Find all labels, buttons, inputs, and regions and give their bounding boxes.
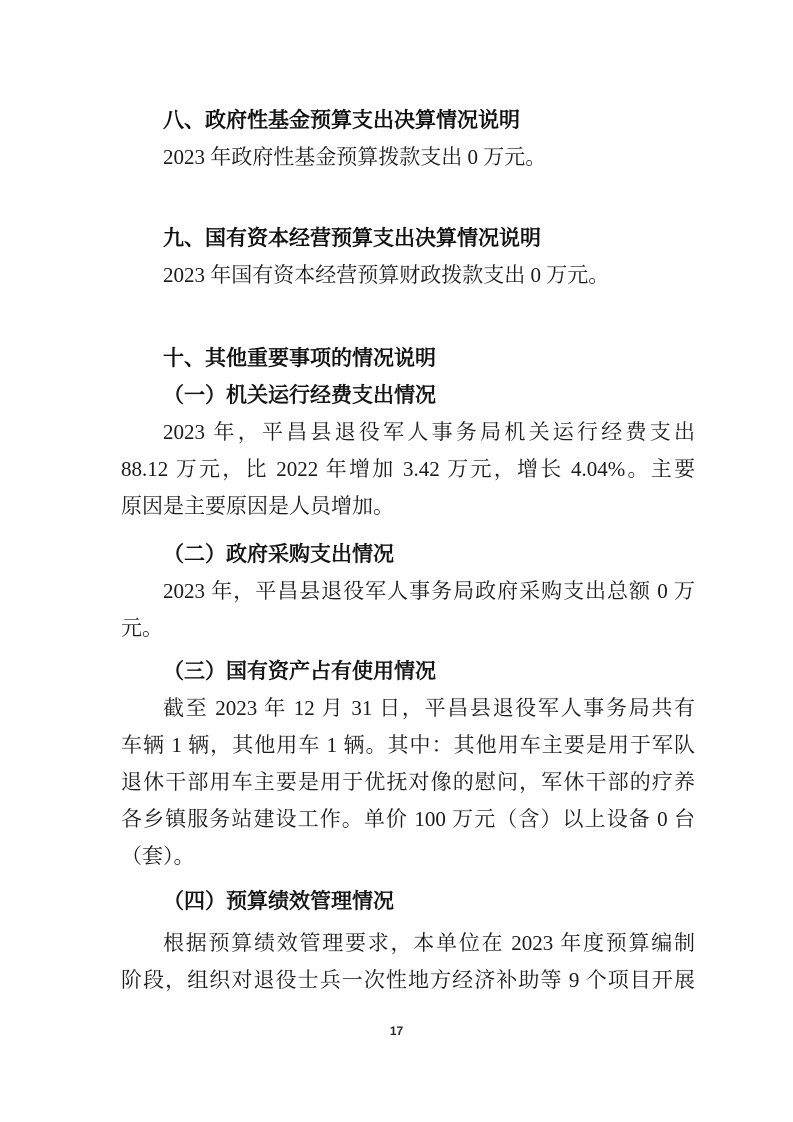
section-heading-9: 九、国有资本经营预算支出决算情况说明	[121, 220, 695, 257]
subsection-heading-1: （一）机关运行经费支出情况	[121, 377, 695, 414]
subsection-heading-2: （二）政府采购支出情况	[121, 536, 695, 573]
paragraph-line: 2023 年，平昌县退役军人事务局政府采购支出总额 0 万	[121, 573, 695, 610]
paragraph-line: 退休干部用车主要是用于优抚对像的慰问，军休干部的疗养	[121, 764, 695, 801]
document-body: 八、政府性基金预算支出决算情况说明 2023 年政府性基金预算拨款支出 0 万元…	[121, 102, 695, 999]
section-heading-8: 八、政府性基金预算支出决算情况说明	[121, 102, 695, 139]
subsection-heading-4: （四）预算绩效管理情况	[121, 883, 695, 920]
paragraph-line: （套）。	[121, 838, 695, 875]
paragraph-line: 车辆 1 辆，其他用车 1 辆。其中：其他用车主要是用于军队	[121, 727, 695, 764]
paragraph-line: 2023 年政府性基金预算拨款支出 0 万元。	[121, 139, 695, 176]
document-page: 八、政府性基金预算支出决算情况说明 2023 年政府性基金预算拨款支出 0 万元…	[0, 0, 793, 1122]
paragraph-line: 2023 年国有资本经营预算财政拨款支出 0 万元。	[121, 257, 695, 294]
paragraph-line: 截至 2023 年 12 月 31 日，平昌县退役军人事务局共有	[121, 690, 695, 727]
paragraph-line: 各乡镇服务站建设工作。单价 100 万元（含）以上设备 0 台	[121, 801, 695, 838]
paragraph-line: 2023 年，平昌县退役军人事务局机关运行经费支出	[121, 414, 695, 451]
paragraph-line: 元。	[121, 610, 695, 647]
paragraph-line: 根据预算绩效管理要求，本单位在 2023 年度预算编制	[121, 925, 695, 962]
page-number: 17	[0, 1024, 793, 1038]
paragraph-line: 原因是主要原因是人员增加。	[121, 488, 695, 525]
subsection-heading-3: （三）国有资产占有使用情况	[121, 653, 695, 690]
section-heading-10: 十、其他重要事项的情况说明	[121, 340, 695, 377]
paragraph-line: 阶段，组织对退役士兵一次性地方经济补助等 9 个项目开展	[121, 962, 695, 999]
paragraph-line: 88.12 万元，比 2022 年增加 3.42 万元，增长 4.04%。主要	[121, 451, 695, 488]
